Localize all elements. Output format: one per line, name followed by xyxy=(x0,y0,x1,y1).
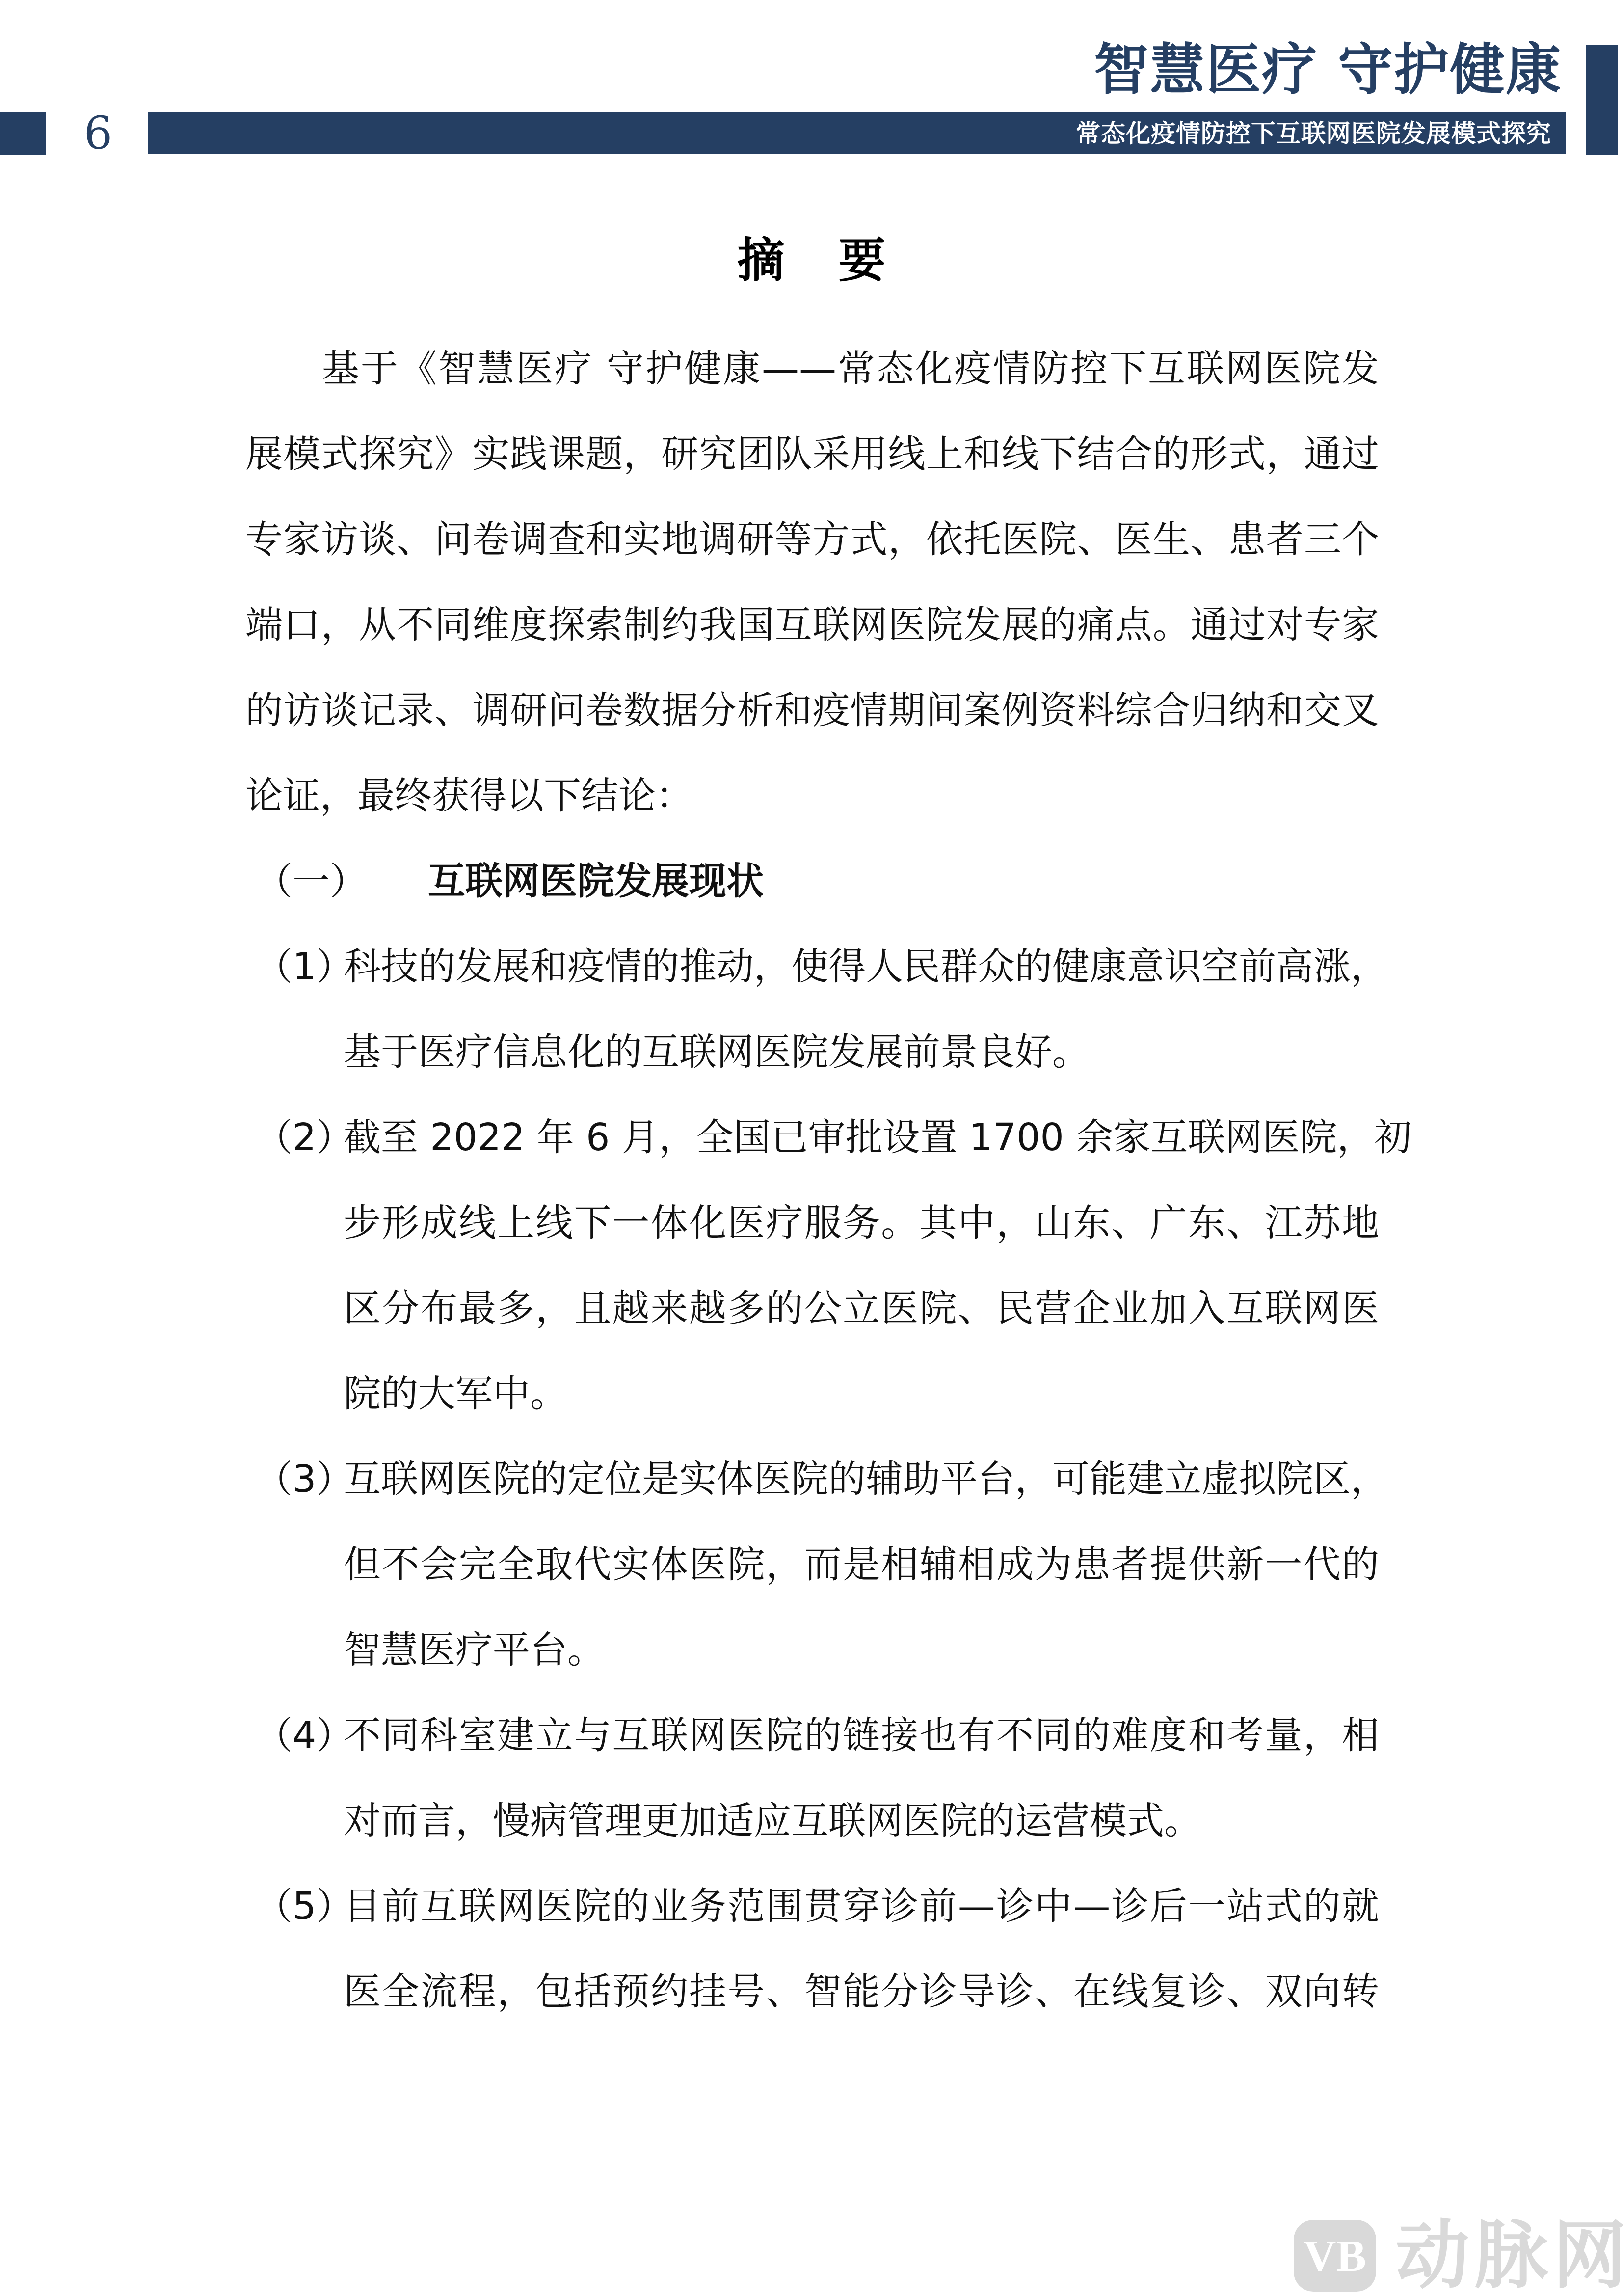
header-left-block xyxy=(0,112,46,155)
paragraph-line: 专家访谈、问卷调查和实地调研等方式，依托医院、医生、患者三个 xyxy=(245,497,1379,582)
list-item-line: 对而言，慢病管理更加适应互联网医院的运营模式。 xyxy=(344,1778,1379,1864)
list-item-line: 截至 2022 年 6 月，全国已审批设置 1700 余家互联网医院，初 xyxy=(344,1095,1379,1180)
list-item-line: 互联网医院的定位是实体医院的辅助平台，可能建立虚拟院区， xyxy=(344,1436,1379,1522)
list-item: （2） 截至 2022 年 6 月，全国已审批设置 1700 余家互联网医院，初… xyxy=(245,1095,1379,1436)
list-item: （3） 互联网医院的定位是实体医院的辅助平台，可能建立虚拟院区， 但不会完全取代… xyxy=(245,1436,1379,1693)
intro-paragraph: 基于《智慧医疗 守护健康——常态化疫情防控下互联网医院发 展模式探究》实践课题，… xyxy=(245,326,1379,838)
list-item-number: （2） xyxy=(245,1095,344,1180)
paragraph-line: 展模式探究》实践课题，研究团队采用线上和线下结合的形式，通过 xyxy=(245,411,1379,497)
header-bar: 常态化疫情防控下互联网医院发展模式探究 xyxy=(148,112,1566,154)
watermark: VB 动脉网 xyxy=(1294,2219,1623,2293)
list-item-line: 区分布最多，且越来越多的公立医院、民营企业加入互联网医 xyxy=(344,1266,1379,1351)
list-item-number: （3） xyxy=(245,1436,344,1522)
list-item-line: 智慧医疗平台。 xyxy=(344,1607,1379,1693)
header-subtitle: 常态化疫情防控下互联网医院发展模式探究 xyxy=(1076,112,1551,154)
paragraph-line: 端口，从不同维度探索制约我国互联网医院发展的痛点。通过对专家 xyxy=(245,582,1379,668)
list-item: （4） 不同科室建立与互联网医院的链接也有不同的难度和考量，相 对而言，慢病管理… xyxy=(245,1693,1379,1864)
list-item-line: 目前互联网医院的业务范围贯穿诊前—诊中—诊后一站式的就 xyxy=(344,1864,1379,1949)
abstract-body: 基于《智慧医疗 守护健康——常态化疫情防控下互联网医院发 展模式探究》实践课题，… xyxy=(245,326,1379,2034)
abstract-title-char: 要 xyxy=(839,231,886,290)
section-number: （一） xyxy=(245,838,428,924)
brand-name: 动脉网 xyxy=(1396,2219,1623,2293)
section-heading: （一） 互联网医院发展现状 xyxy=(245,838,1379,924)
abstract-title-char: 摘 xyxy=(738,231,785,290)
list-item-line: 但不会完全取代实体医院，而是相辅相成为患者提供新一代的 xyxy=(344,1522,1379,1607)
list-item: （5） 目前互联网医院的业务范围贯穿诊前—诊中—诊后一站式的就 医全流程，包括预… xyxy=(245,1864,1379,2034)
list-item-line: 科技的发展和疫情的推动，使得人民群众的健康意识空前高涨， xyxy=(344,924,1379,1009)
list-item-number: （1） xyxy=(245,924,344,1009)
abstract-title: 摘要 xyxy=(0,231,1623,290)
list-item: （1） 科技的发展和疫情的推动，使得人民群众的健康意识空前高涨， 基于医疗信息化… xyxy=(245,924,1379,1095)
header-right-bar xyxy=(1586,45,1618,155)
list-item-number: （4） xyxy=(245,1693,344,1778)
list-item-number: （5） xyxy=(245,1864,344,1949)
paragraph-line: 基于《智慧医疗 守护健康——常态化疫情防控下互联网医院发 xyxy=(245,326,1379,411)
list-item-line: 不同科室建立与互联网医院的链接也有不同的难度和考量，相 xyxy=(344,1693,1379,1778)
brand-logo-icon: VB xyxy=(1294,2220,1376,2292)
list-item-line: 院的大军中。 xyxy=(344,1351,1379,1436)
header-main-title: 智慧医疗 守护健康 xyxy=(1094,38,1562,102)
page-number: 6 xyxy=(79,109,118,158)
paragraph-line: 论证，最终获得以下结论： xyxy=(245,753,1379,838)
list-item-line: 步形成线上线下一体化医疗服务。其中，山东、广东、江苏地 xyxy=(344,1180,1379,1266)
list-item-line: 基于医疗信息化的互联网医院发展前景良好。 xyxy=(344,1009,1379,1095)
section-label: 互联网医院发展现状 xyxy=(428,838,764,924)
list-item-line: 医全流程，包括预约挂号、智能分诊导诊、在线复诊、双向转 xyxy=(344,1949,1379,2034)
paragraph-line: 的访谈记录、调研问卷数据分析和疫情期间案例资料综合归纳和交叉 xyxy=(245,668,1379,753)
